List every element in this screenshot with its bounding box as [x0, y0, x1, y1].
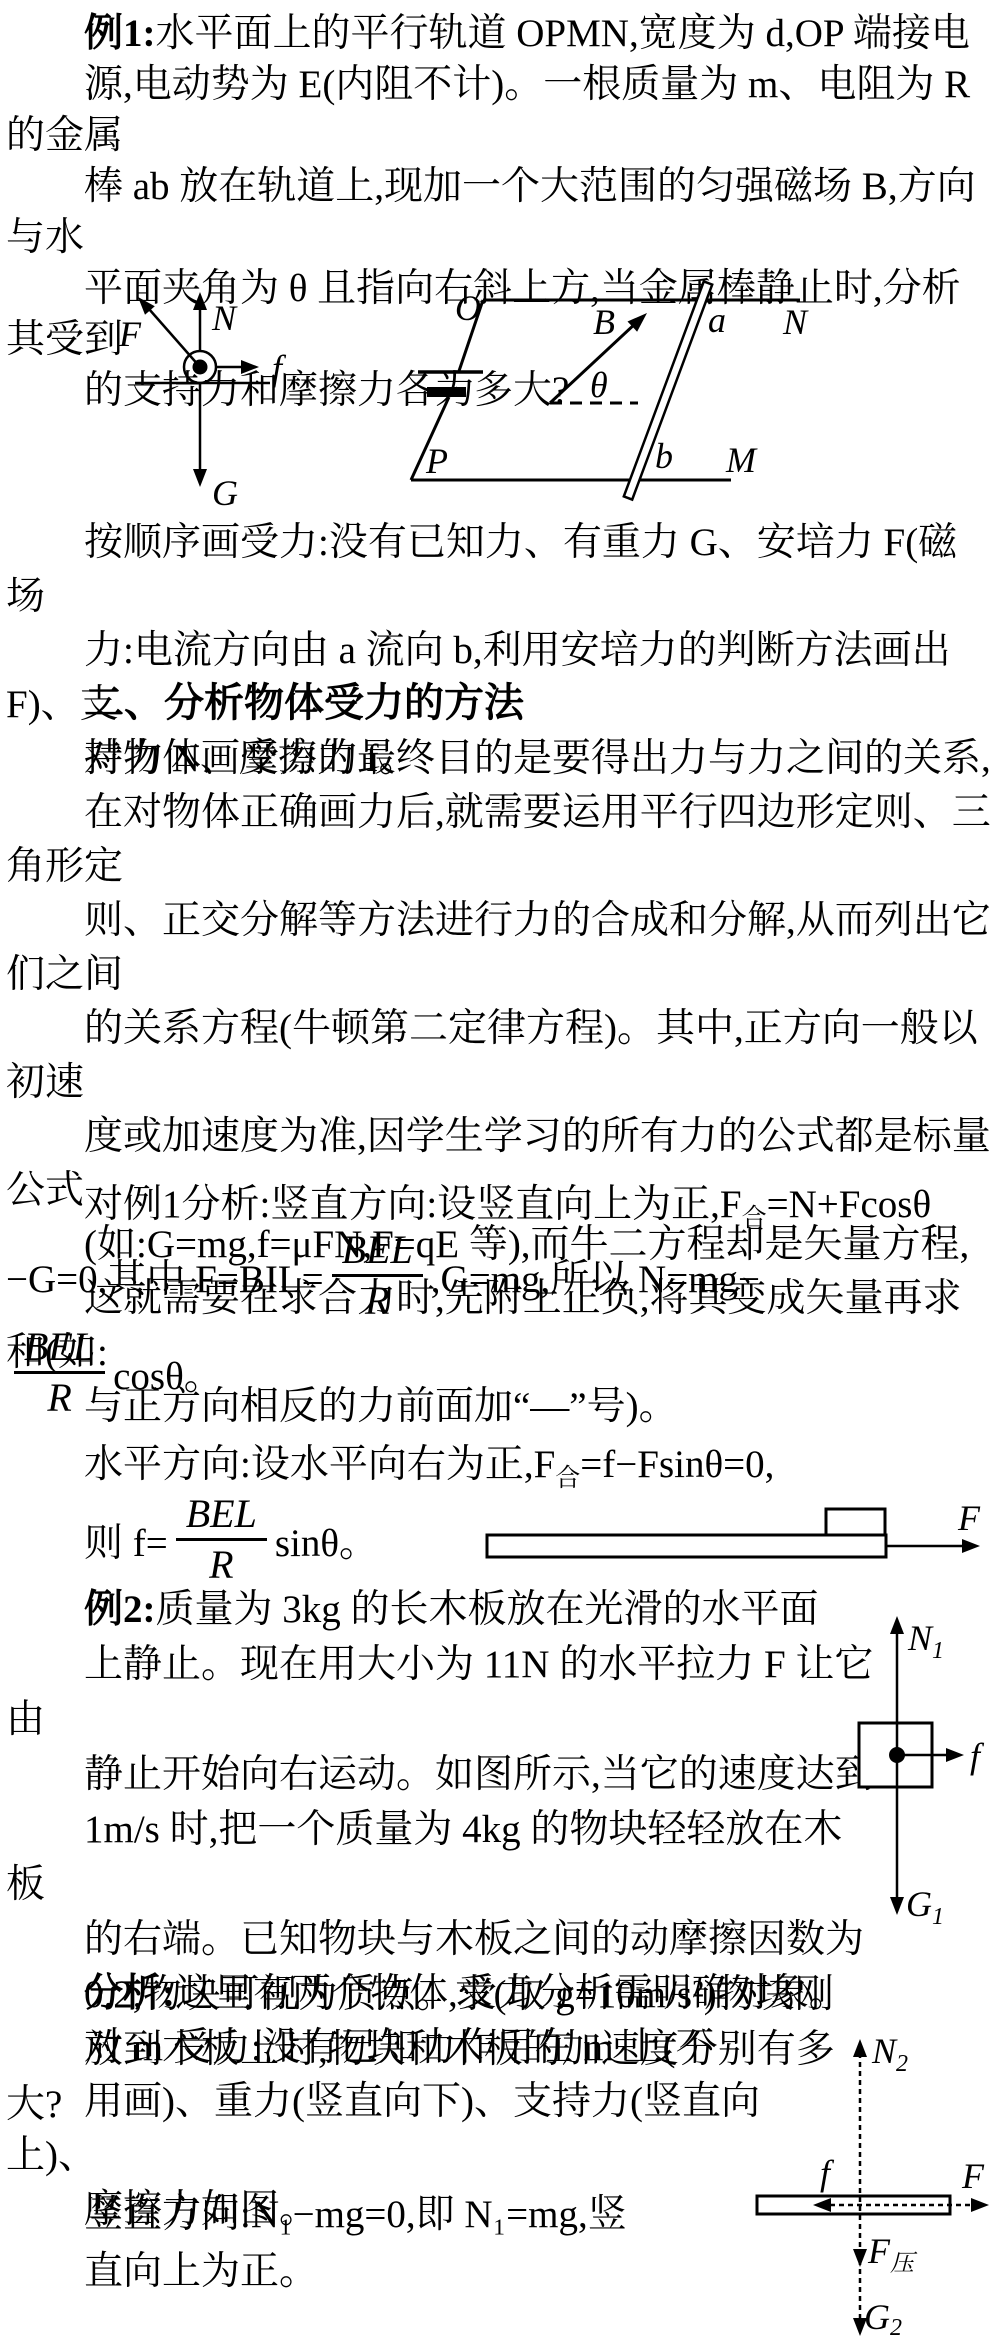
- label-f: f: [820, 2153, 835, 2193]
- label-a: a: [708, 300, 726, 340]
- plank-rect: [487, 1535, 886, 1557]
- text-line: 上静止。现在用大小为 11N 的水平拉力 F 让它由: [6, 1637, 878, 1747]
- label-P: P: [425, 441, 448, 481]
- up-arrowhead: [890, 1616, 904, 1634]
- fraction-BEL-R: BELR: [176, 1493, 267, 1586]
- label-F: F: [957, 1498, 981, 1538]
- right-arrowhead: [962, 1539, 980, 1553]
- example1-label: 例1:: [84, 12, 156, 55]
- fraction-BEL-R: BELR: [14, 1326, 105, 1419]
- text-line: 的右端。已知物块与木板之间的动摩擦因数为: [6, 1912, 878, 1967]
- up-arrowhead: [853, 2039, 867, 2057]
- subscript-he: 合: [555, 1465, 580, 1492]
- label-F: F: [961, 2156, 985, 2196]
- label-N2: N2: [871, 2031, 908, 2077]
- label-B: B: [593, 302, 615, 342]
- label-G: G: [212, 473, 238, 513]
- paragraph-vertical-equation: 竖直方向:N₁−mg=0,即 N₁=mg,竖 直向上为正。: [6, 2186, 766, 2300]
- label-M: M: [725, 440, 758, 480]
- fig-plank-pulled: F: [480, 1500, 985, 1562]
- formula-line-horizontal-1: 水平方向:设水平向右为正,F合=f−Fsinθ=0,: [6, 1438, 996, 1497]
- fig-plank-free-body: N2 f F F压 G2: [750, 2033, 999, 2338]
- text-line: 则、正交分解等方法进行力的合成和分解,从而列出它们之间: [6, 894, 996, 1002]
- ampere-force-line: [149, 309, 200, 367]
- current-dot: [193, 360, 208, 375]
- text-line: 静止开始向右运动。如图所示,当它的速度达到: [6, 1747, 878, 1802]
- text-line: 对物体画受力的最终目的是要得出力与力之间的关系,: [6, 732, 996, 786]
- example2-label: 例2:: [84, 1588, 156, 1631]
- text-line: 按顺序画受力:没有已知力、有重力 G、安培力 F(磁场: [6, 516, 993, 624]
- block-rect: [826, 1509, 885, 1535]
- label-G2: G2: [864, 2297, 902, 2338]
- label-N: N: [211, 298, 238, 338]
- label-G1: G1: [906, 1884, 944, 1930]
- press-arrowhead: [853, 2249, 867, 2267]
- label-b: b: [655, 436, 673, 476]
- label-F-press: F压: [867, 2231, 918, 2277]
- down-arrowhead: [193, 469, 207, 487]
- right-arrowhead: [971, 2198, 989, 2212]
- fig-rail-track-diagram: O P a N b M B θ: [398, 268, 999, 530]
- label-O: O: [455, 288, 481, 328]
- label-theta: θ: [590, 365, 608, 405]
- document-page: 例1:水平面上的平行轨道 OPMN,宽度为 d,OP 端接电 源,电动势为 E(…: [0, 0, 999, 2338]
- formula-line-horizontal-2: 则 f= BELR sinθ。: [6, 1492, 378, 1587]
- text-line: 在对物体正确画力后,就需要运用平行四边形定则、三角形定: [6, 786, 996, 894]
- text-line: 直向上为正。: [6, 2243, 766, 2300]
- fraction-BEL-R: BELR: [332, 1229, 423, 1322]
- text-line: 1m/s 时,把一个质量为 4kg 的物块轻轻放在木板: [6, 1802, 878, 1912]
- fig-block-free-body: N1 f G1: [850, 1608, 999, 1930]
- label-N1: N1: [907, 1618, 944, 1664]
- text-line: 例1:水平面上的平行轨道 OPMN,宽度为 d,OP 端接电: [6, 8, 993, 59]
- formula-line-vertical-2: −G=0,其中 F=BIL= BELR ,G=mg,所以 N=mg−: [6, 1228, 760, 1323]
- label-F: F: [118, 314, 142, 354]
- right-arrowhead: [241, 360, 259, 374]
- label-f: f: [970, 1736, 985, 1776]
- section-heading: 二、分析物体受力的方法: [6, 676, 993, 730]
- up-arrowhead: [193, 292, 207, 310]
- battery-plate-short: [427, 387, 466, 397]
- paragraph-analysis: 分析:这里有两个物体,受力分析需明确对象。: [6, 1967, 878, 2021]
- text-line: 的关系方程(牛顿第二定律方程)。其中,正方向一般以初速: [6, 1002, 996, 1110]
- label-N: N: [782, 302, 809, 342]
- text-line: 对 m 受力:没有已知力作用在 m 上(不: [6, 2021, 806, 2075]
- down-arrowhead: [890, 1897, 904, 1915]
- analysis-label: 分析:: [84, 1972, 175, 2015]
- fig-rod-free-body-diagram: N G f F: [35, 276, 335, 511]
- formula-line-vertical-3: BELR cosθ。: [6, 1325, 223, 1420]
- text-line: 源,电动势为 E(内阻不计)。一根质量为 m、电阻为 R 的金属: [6, 59, 993, 161]
- text-line: 例2:质量为 3kg 的长木板放在光滑的水平面: [6, 1582, 878, 1637]
- label-f: f: [272, 348, 287, 388]
- right-arrowhead: [946, 1748, 964, 1762]
- text-line: 竖直方向:N₁−mg=0,即 N₁=mg,竖: [6, 2186, 766, 2243]
- text-line: 用画)、重力(竖直向下)、支持力(竖直向上)、: [6, 2075, 806, 2183]
- text-line: 棒 ab 放在轨道上,现加一个大范围的匀强磁场 B,方向与水: [6, 161, 993, 263]
